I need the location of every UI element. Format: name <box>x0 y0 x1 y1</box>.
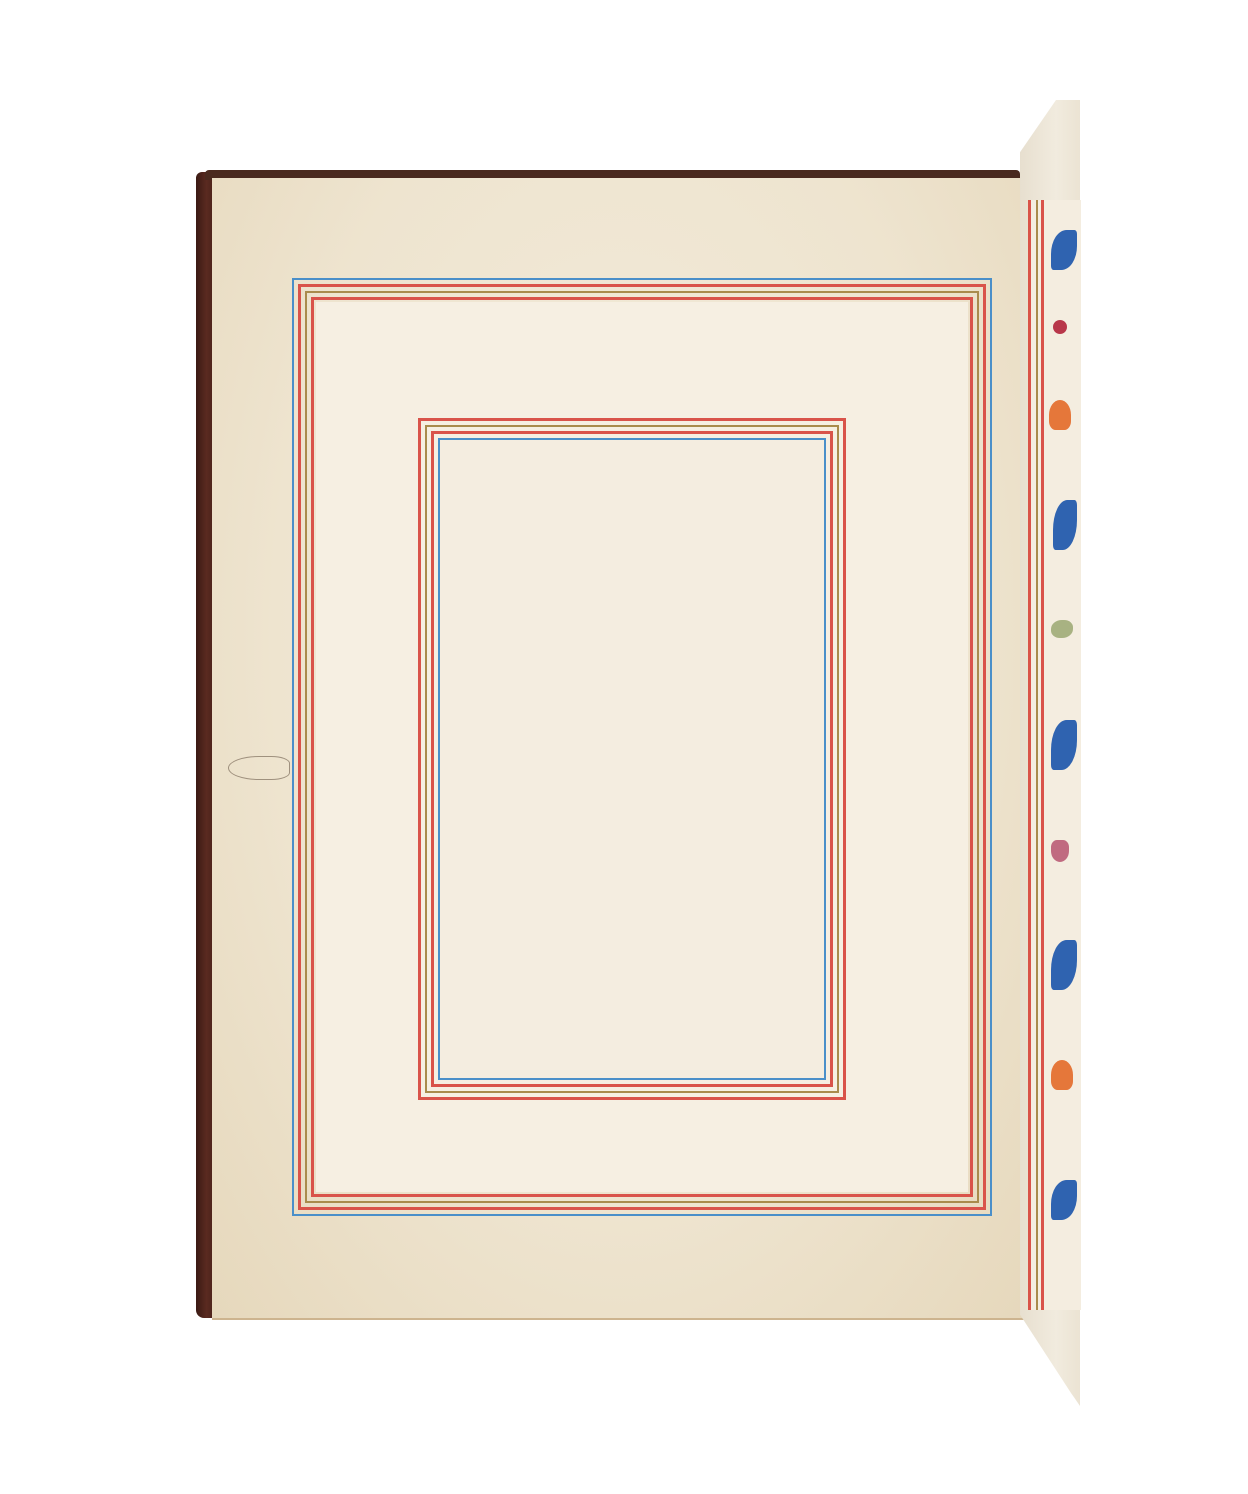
pencil-sketch-margin <box>228 756 290 780</box>
manuscript-text <box>452 452 818 1072</box>
folded-page-border <box>1028 200 1081 1310</box>
